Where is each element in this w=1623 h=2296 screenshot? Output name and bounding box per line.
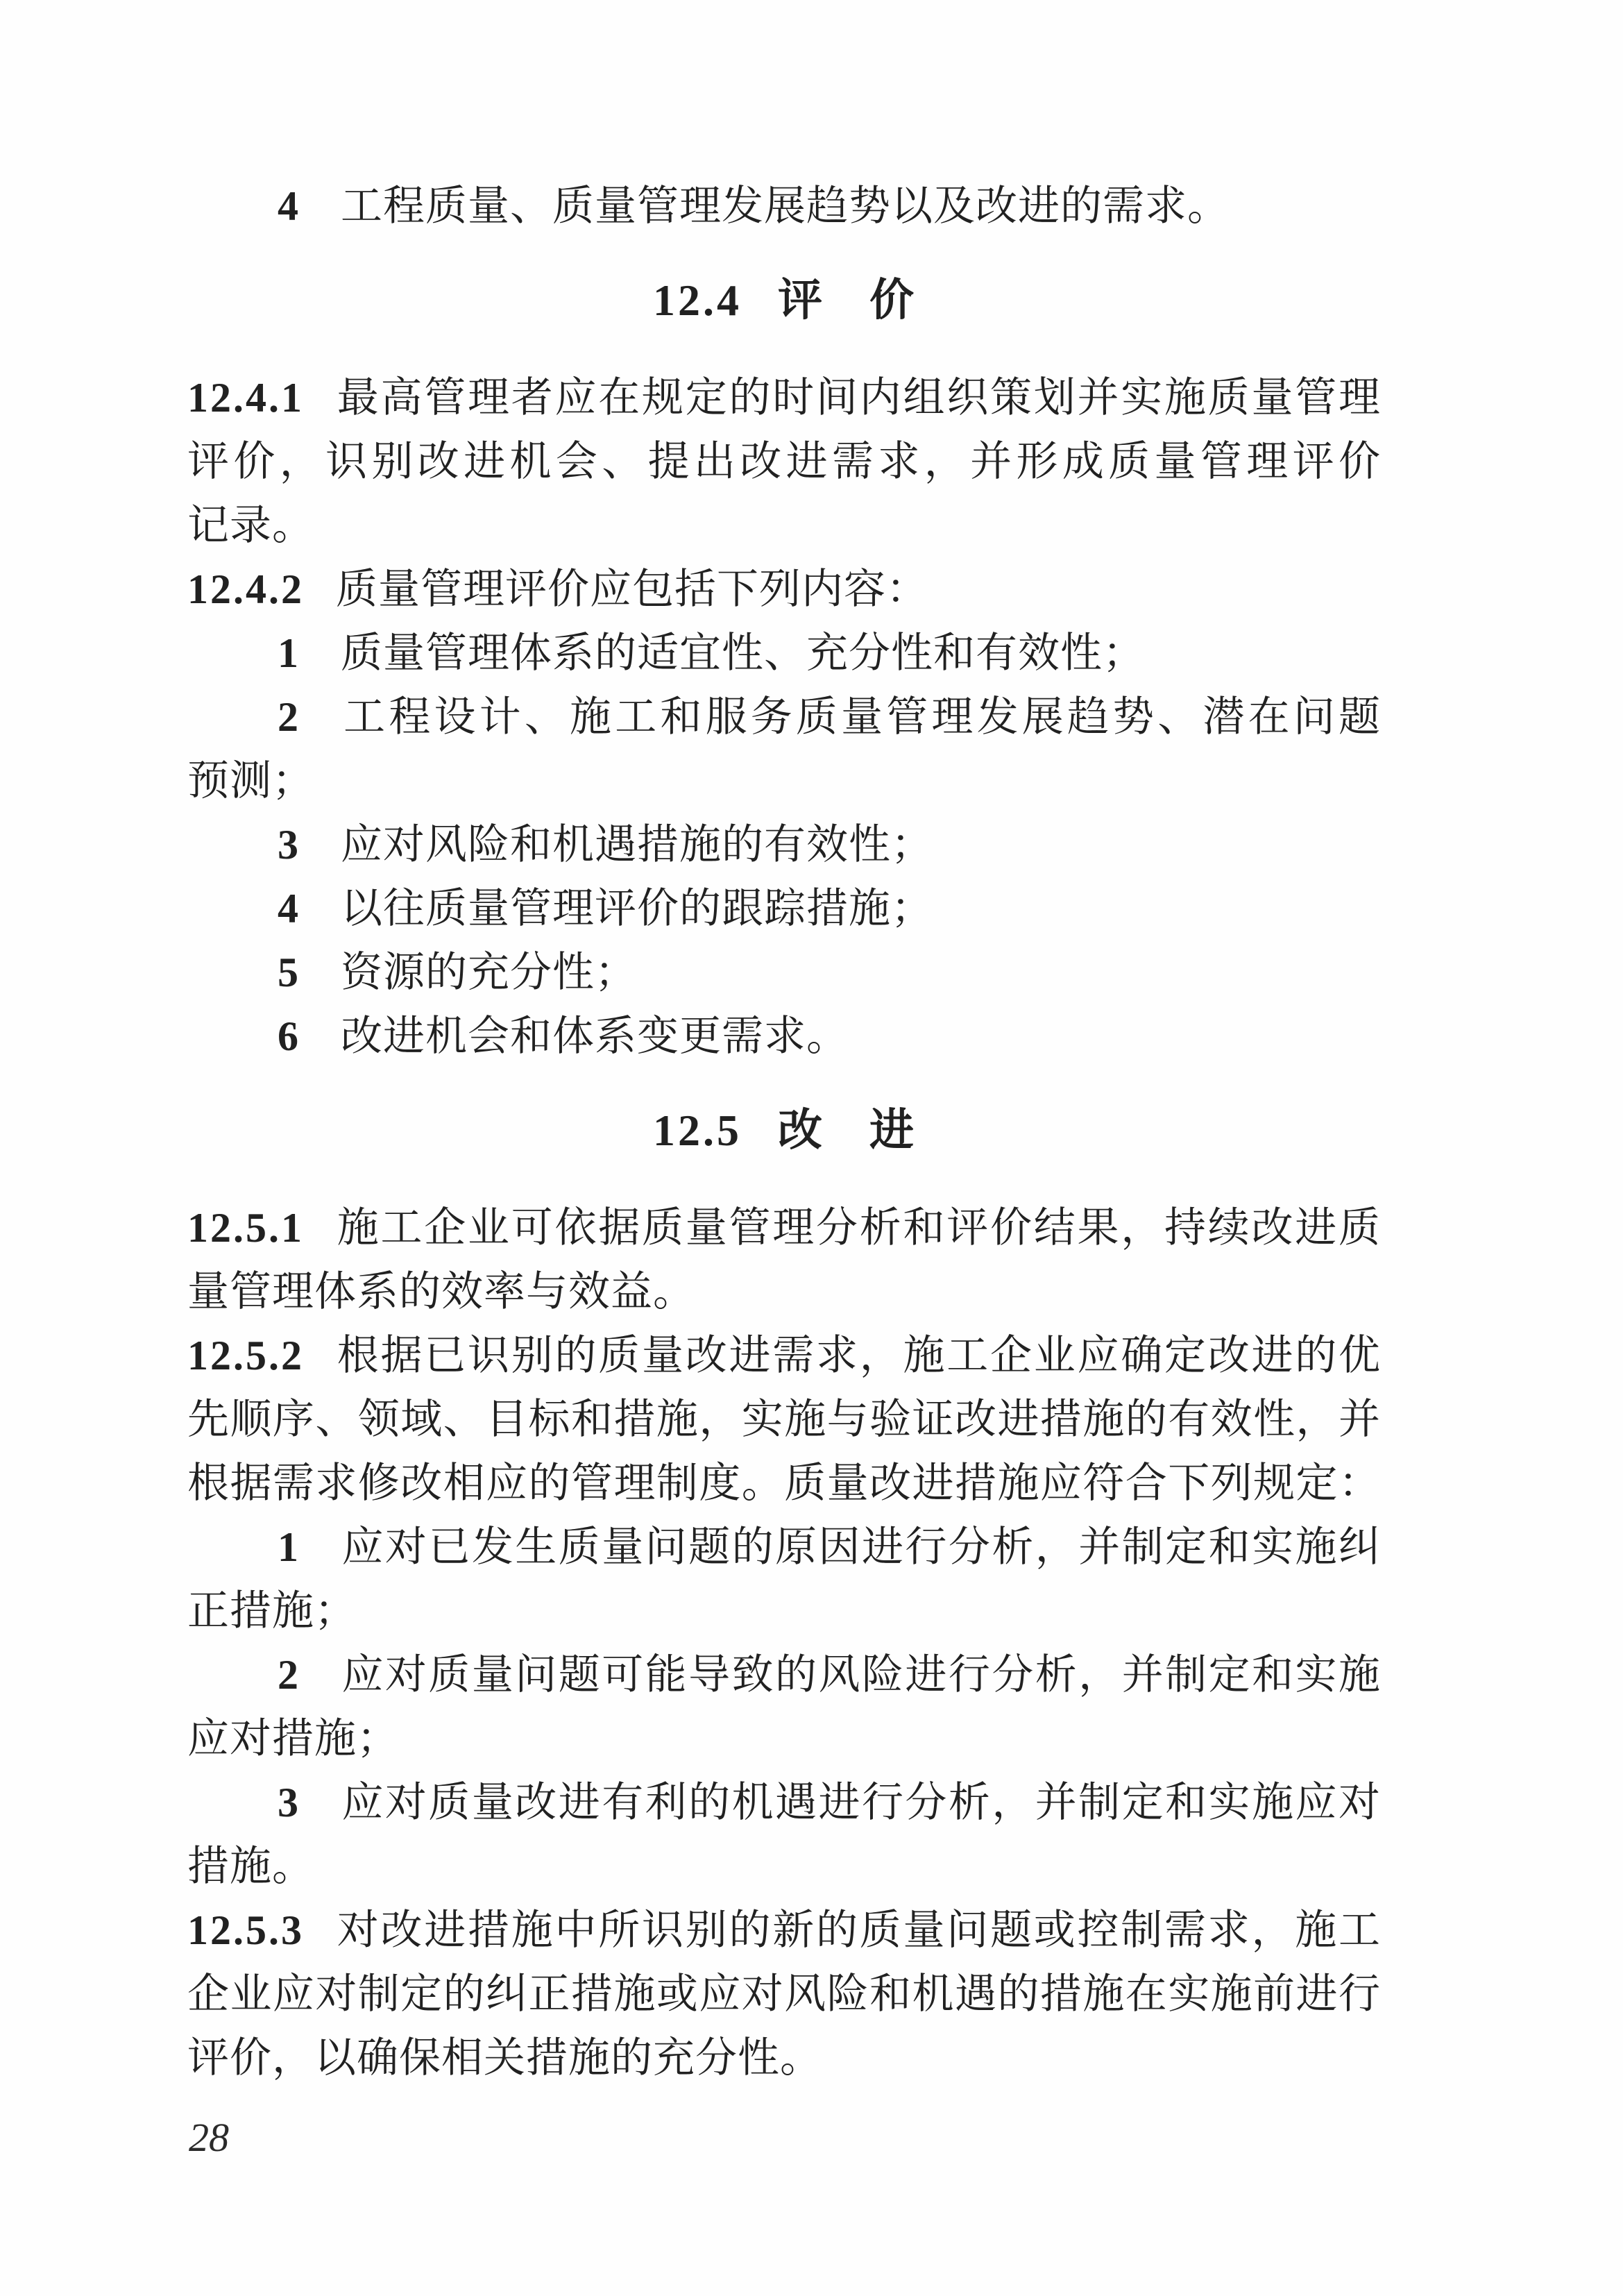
item-number: 6 (278, 1013, 299, 1059)
line-text: 措施。 (187, 1843, 314, 1889)
text-line: 1质量管理体系的适宜性、充分性和有效性； (187, 621, 1381, 685)
item-number: 2 (278, 694, 299, 740)
text-line: 6改进机会和体系变更需求。 (187, 1004, 1381, 1068)
text-line: 12.4.2质量管理评价应包括下列内容： (187, 557, 1381, 621)
section-heading: 12.4评 价 (187, 269, 1381, 332)
line-text: 应对已发生质量问题的原因进行分析，并制定和实施纠 (341, 1524, 1381, 1570)
line-text: 施工企业可依据质量管理分析和评价结果，持续改进质 (336, 1205, 1381, 1251)
document-body: 4工程质量、质量管理发展趋势以及改进的需求。12.4评 价12.4.1最高管理者… (187, 174, 1381, 2090)
section-heading: 12.5改 进 (187, 1099, 1381, 1163)
line-text: 评价，以确保相关措施的充分性。 (187, 2035, 822, 2081)
heading-number: 12.5 (653, 1106, 742, 1155)
text-line: 12.4.1最高管理者应在规定的时间内组织策划并实施质量管理 (187, 366, 1381, 430)
line-text: 正措施； (187, 1588, 357, 1634)
text-line: 12.5.2根据已识别的质量改进需求，施工企业应确定改进的优 (187, 1324, 1381, 1387)
item-number: 1 (278, 630, 299, 676)
document-page: 4工程质量、质量管理发展趋势以及改进的需求。12.4评 价12.4.1最高管理者… (0, 0, 1623, 2296)
heading-title: 改 进 (778, 1106, 915, 1155)
text-line: 1应对已发生质量问题的原因进行分析，并制定和实施纠 (187, 1515, 1381, 1579)
line-text: 先顺序、领域、目标和措施，实施与验证改进措施的有效性，并 (187, 1396, 1381, 1442)
text-line: 3应对风险和机遇措施的有效性； (187, 813, 1381, 877)
text-line: 12.5.1施工企业可依据质量管理分析和评价结果，持续改进质 (187, 1196, 1381, 1260)
line-text: 应对质量问题可能导致的风险进行分析，并制定和实施 (341, 1652, 1381, 1698)
text-line: 预测； (187, 749, 1381, 813)
item-number: 5 (278, 949, 299, 995)
text-line: 根据需求修改相应的管理制度。质量改进措施应符合下列规定： (187, 1451, 1381, 1515)
item-number: 2 (278, 1652, 299, 1698)
text-line: 12.5.3对改进措施中所识别的新的质量问题或控制需求，施工 (187, 1898, 1381, 1962)
line-text: 应对风险和机遇措施的有效性； (341, 822, 933, 868)
text-line: 应对措施； (187, 1707, 1381, 1771)
item-number: 12.5.3 (187, 1907, 304, 1953)
item-number: 12.4.1 (187, 375, 304, 421)
line-text: 应对质量改进有利的机遇进行分析，并制定和实施应对 (341, 1780, 1381, 1825)
heading-number: 12.4 (653, 276, 742, 325)
line-text: 应对措施； (187, 1716, 399, 1762)
line-text: 资源的充分性； (341, 949, 637, 995)
text-line: 3应对质量改进有利的机遇进行分析，并制定和实施应对 (187, 1771, 1381, 1834)
text-line: 措施。 (187, 1834, 1381, 1898)
text-line: 评价，识别改进机会、提出改进需求，并形成质量管理评价 (187, 430, 1381, 493)
line-text: 改进机会和体系变更需求。 (341, 1013, 849, 1059)
line-text: 预测； (187, 758, 314, 804)
item-number: 3 (278, 822, 299, 868)
text-line: 2工程设计、施工和服务质量管理发展趋势、潜在问题 (187, 685, 1381, 749)
item-number: 1 (278, 1524, 299, 1570)
page-number: 28 (189, 2109, 229, 2167)
text-line: 正措施； (187, 1579, 1381, 1643)
line-text: 工程设计、施工和服务质量管理发展趋势、潜在问题 (341, 694, 1381, 740)
item-number: 3 (278, 1780, 299, 1825)
line-text: 工程质量、质量管理发展趋势以及改进的需求。 (341, 183, 1230, 229)
text-line: 4工程质量、质量管理发展趋势以及改进的需求。 (187, 174, 1381, 238)
line-text: 根据需求修改相应的管理制度。质量改进措施应符合下列规定： (187, 1460, 1381, 1506)
line-text: 评价，识别改进机会、提出改进需求，并形成质量管理评价 (187, 439, 1381, 484)
text-line: 评价，以确保相关措施的充分性。 (187, 2026, 1381, 2090)
line-text: 量管理体系的效率与效益。 (187, 1269, 695, 1315)
heading-title: 评 价 (778, 276, 915, 325)
item-number: 4 (278, 886, 299, 931)
item-number: 12.4.2 (187, 566, 304, 612)
text-line: 记录。 (187, 493, 1381, 557)
line-text: 质量管理体系的适宜性、充分性和有效性； (341, 630, 1145, 676)
text-line: 2应对质量问题可能导致的风险进行分析，并制定和实施 (187, 1643, 1381, 1707)
line-text: 对改进措施中所识别的新的质量问题或控制需求，施工 (336, 1907, 1381, 1953)
line-text: 以往质量管理评价的跟踪措施； (341, 886, 933, 931)
text-line: 4以往质量管理评价的跟踪措施； (187, 877, 1381, 940)
item-number: 12.5.2 (187, 1333, 304, 1378)
line-text: 最高管理者应在规定的时间内组织策划并实施质量管理 (336, 375, 1381, 421)
item-number: 12.5.1 (187, 1205, 304, 1251)
text-line: 先顺序、领域、目标和措施，实施与验证改进措施的有效性，并 (187, 1387, 1381, 1451)
text-line: 5资源的充分性； (187, 940, 1381, 1004)
text-line: 企业应对制定的纠正措施或应对风险和机遇的措施在实施前进行 (187, 1962, 1381, 2026)
line-text: 企业应对制定的纠正措施或应对风险和机遇的措施在实施前进行 (187, 1971, 1381, 2017)
item-number: 4 (278, 183, 299, 229)
text-line: 量管理体系的效率与效益。 (187, 1260, 1381, 1324)
line-text: 质量管理评价应包括下列内容： (336, 566, 928, 612)
line-text: 根据已识别的质量改进需求，施工企业应确定改进的优 (336, 1333, 1381, 1378)
line-text: 记录。 (187, 503, 314, 548)
